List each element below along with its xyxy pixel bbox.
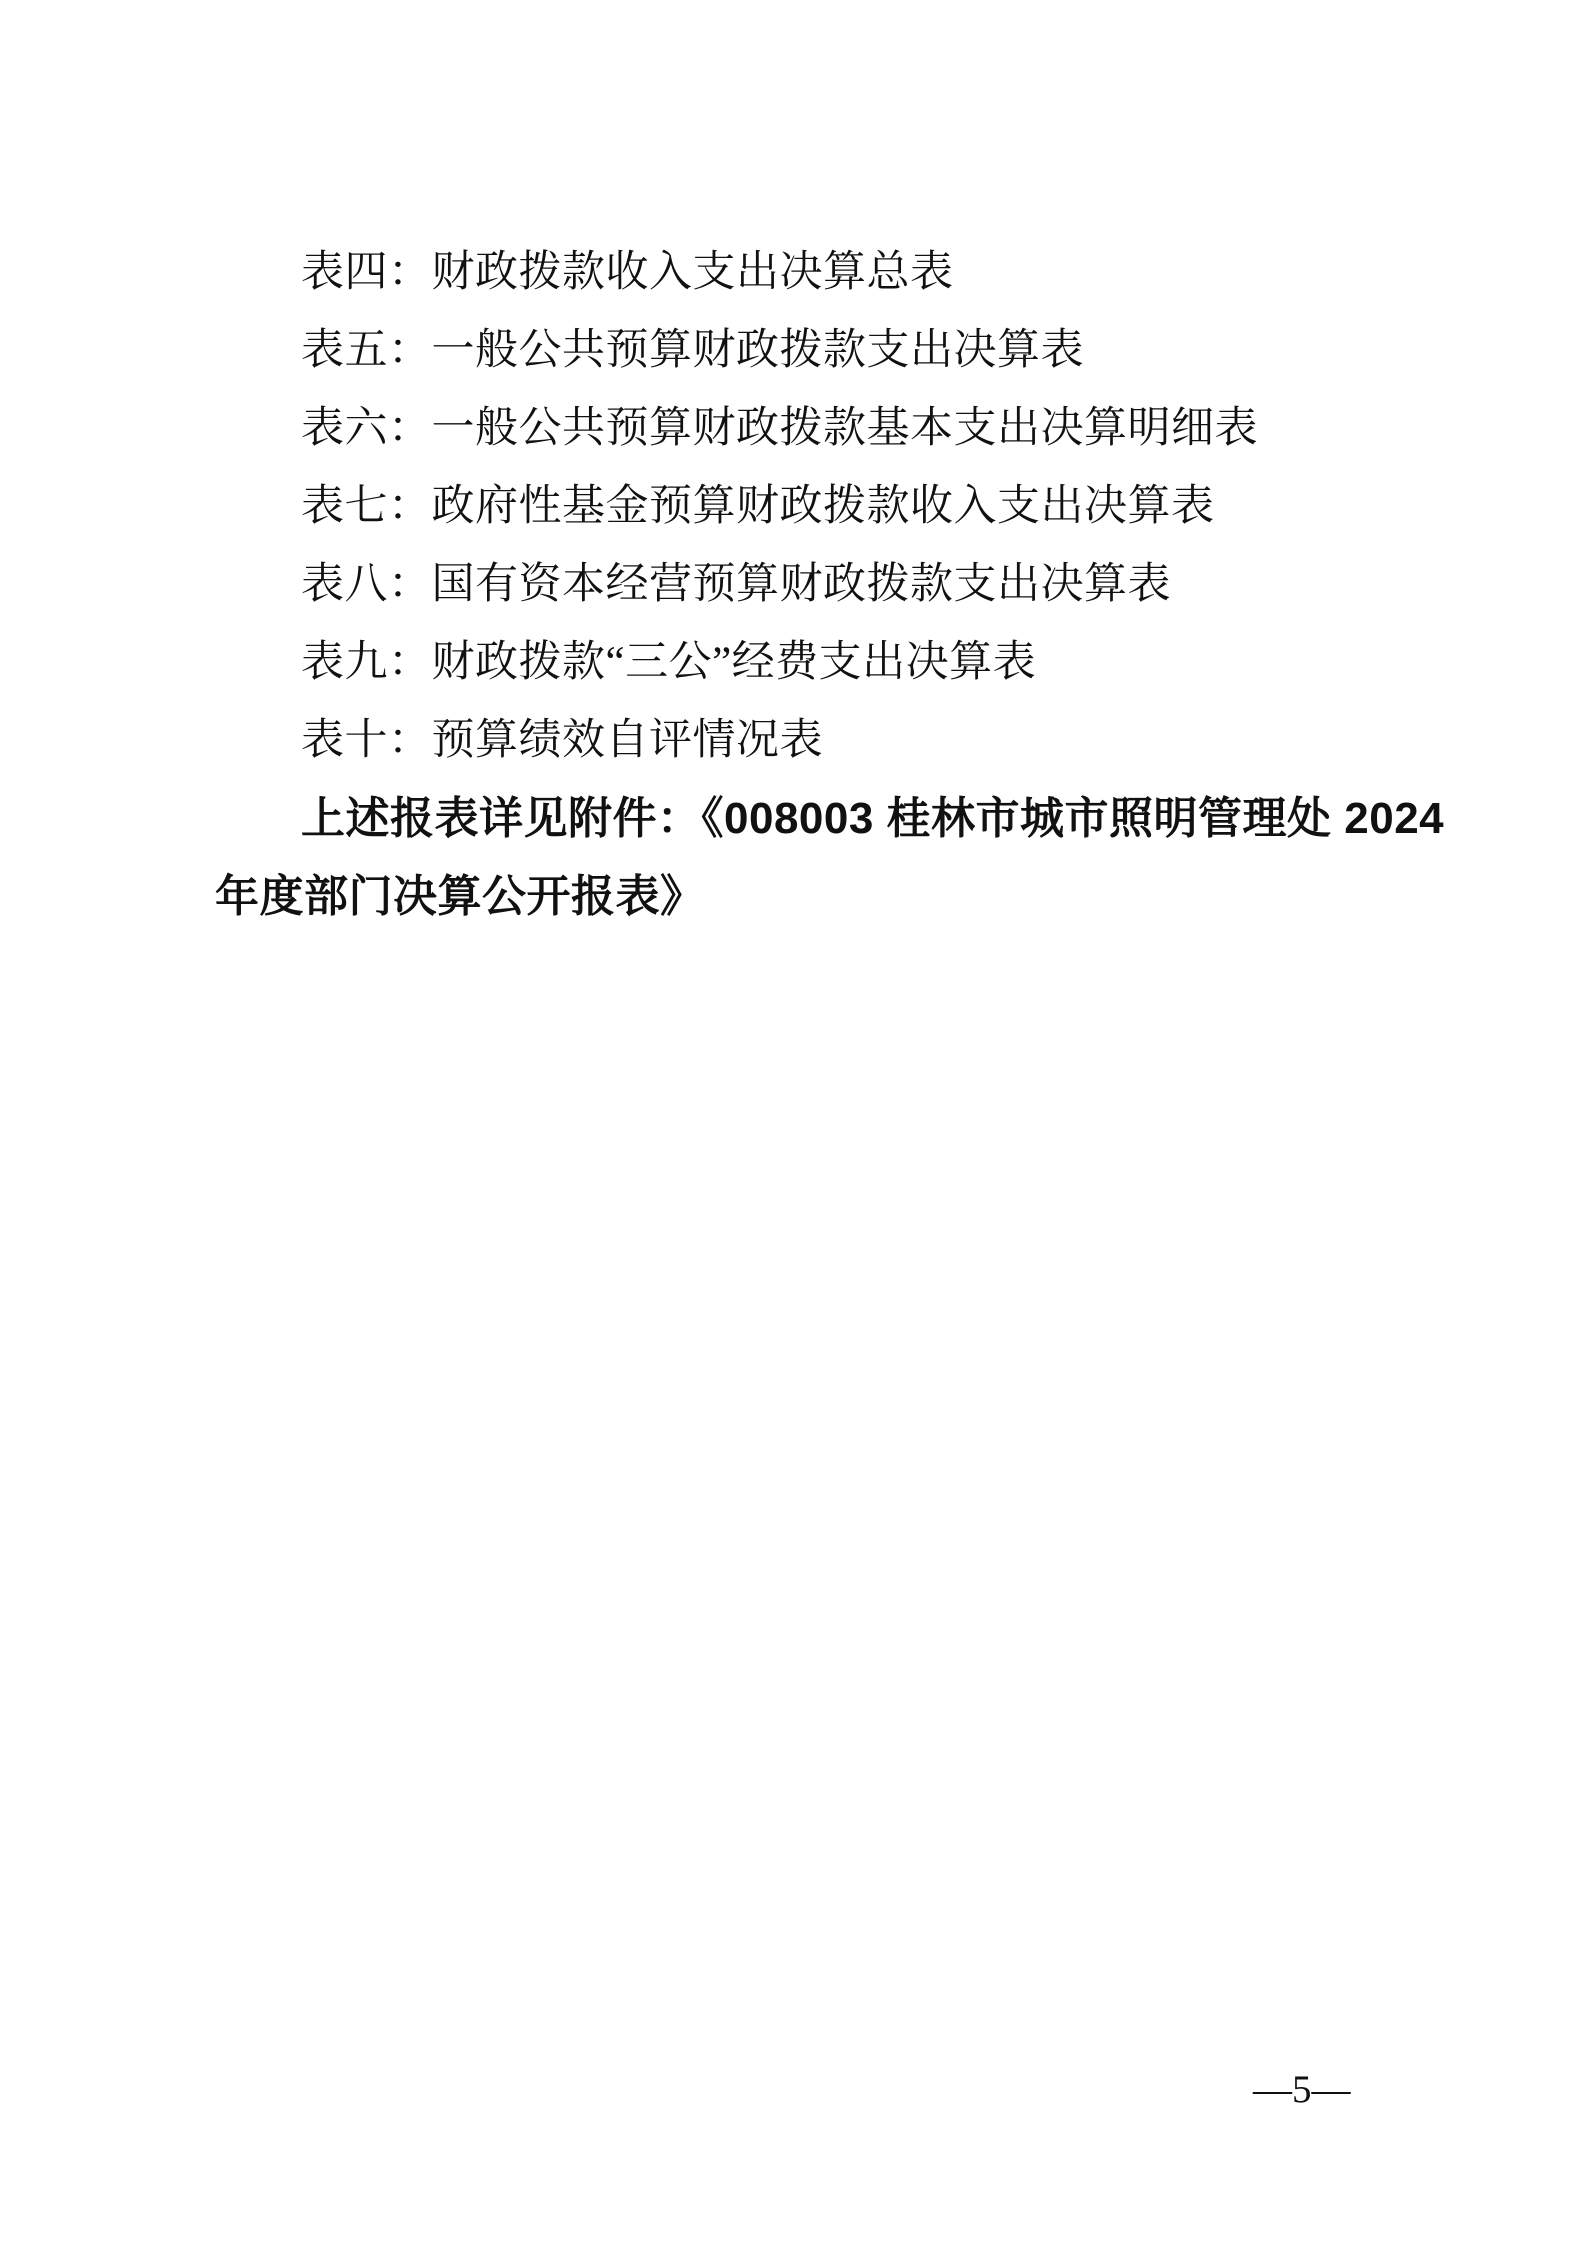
document-body: 表四：财政拨款收入支出决算总表 表五：一般公共预算财政拨款支出决算表 表六：一般… — [215, 234, 1467, 936]
table-list-item-7: 表七：政府性基金预算财政拨款收入支出决算表 — [215, 468, 1467, 546]
table-list-item-9: 表九：财政拨款“三公”经费支出决算表 — [215, 624, 1467, 702]
table-list-item-6: 表六：一般公共预算财政拨款基本支出决算明细表 — [215, 390, 1467, 468]
table-list-item-4: 表四：财政拨款收入支出决算总表 — [215, 234, 1467, 312]
table-list-item-8: 表八：国有资本经营预算财政拨款支出决算表 — [215, 546, 1467, 624]
attachment-note-line-1: 上述报表详见附件：《008003 桂林市城市照明管理处 2024 — [215, 780, 1467, 858]
attachment-note-line-2: 年度部门决算公开报表》 — [215, 858, 1467, 936]
table-list-item-10: 表十：预算绩效自评情况表 — [215, 702, 1467, 780]
document-page: 表四：财政拨款收入支出决算总表 表五：一般公共预算财政拨款支出决算表 表六：一般… — [0, 0, 1587, 2245]
table-list-item-5: 表五：一般公共预算财政拨款支出决算表 — [215, 312, 1467, 390]
page-number: —5— — [1253, 2068, 1351, 2112]
